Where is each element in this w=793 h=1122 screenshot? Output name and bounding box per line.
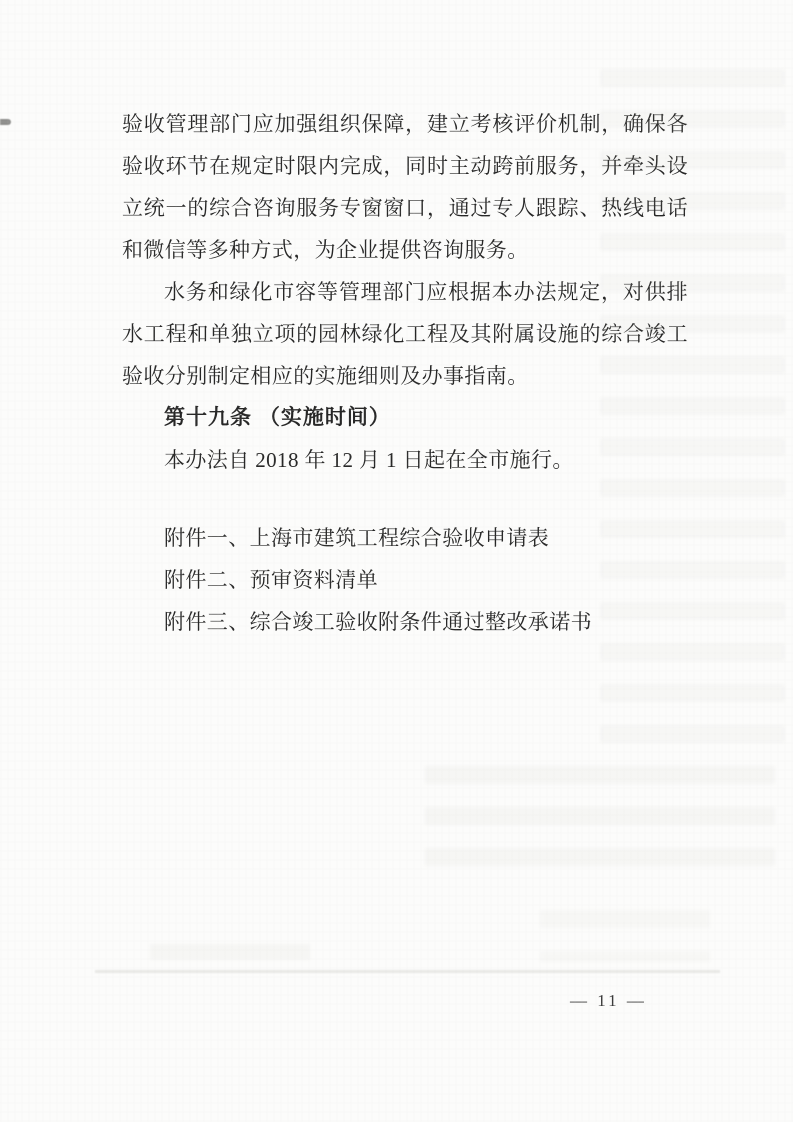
edge-smudge-artifact: [0, 119, 11, 125]
document-page: 验收管理部门应加强组织保障，建立考核评价机制，确保各验收环节在规定时限内完成，同…: [0, 0, 793, 1122]
scan-line-artifact: [95, 970, 720, 973]
bleed-through-artifact-lower: [540, 896, 710, 962]
document-body: 验收管理部门应加强组织保障，建立考核评价机制，确保各验收环节在规定时限内完成，同…: [122, 103, 688, 643]
bleed-through-artifact-middle: [425, 752, 775, 880]
attachment-item-1: 附件一、上海市建筑工程综合验收申请表: [122, 517, 688, 559]
page-number: — 11 —: [570, 991, 647, 1011]
attachment-list: 附件一、上海市建筑工程综合验收申请表 附件二、预审资料清单 附件三、综合竣工验收…: [122, 517, 688, 643]
article-19-body: 本办法自 2018 年 12 月 1 日起在全市施行。: [122, 439, 688, 481]
attachment-item-3: 附件三、综合竣工验收附条件通过整改承诺书: [122, 601, 688, 643]
bleed-through-artifact-footer: [150, 944, 310, 960]
attachment-item-2: 附件二、预审资料清单: [122, 559, 688, 601]
paragraph-continuation: 验收管理部门应加强组织保障，建立考核评价机制，确保各验收环节在规定时限内完成，同…: [122, 103, 688, 271]
paragraph-water-greening: 水务和绿化市容等管理部门应根据本办法规定，对供排水工程和单独立项的园林绿化工程及…: [122, 271, 688, 397]
article-19-heading: 第十九条 （实施时间）: [122, 397, 688, 439]
